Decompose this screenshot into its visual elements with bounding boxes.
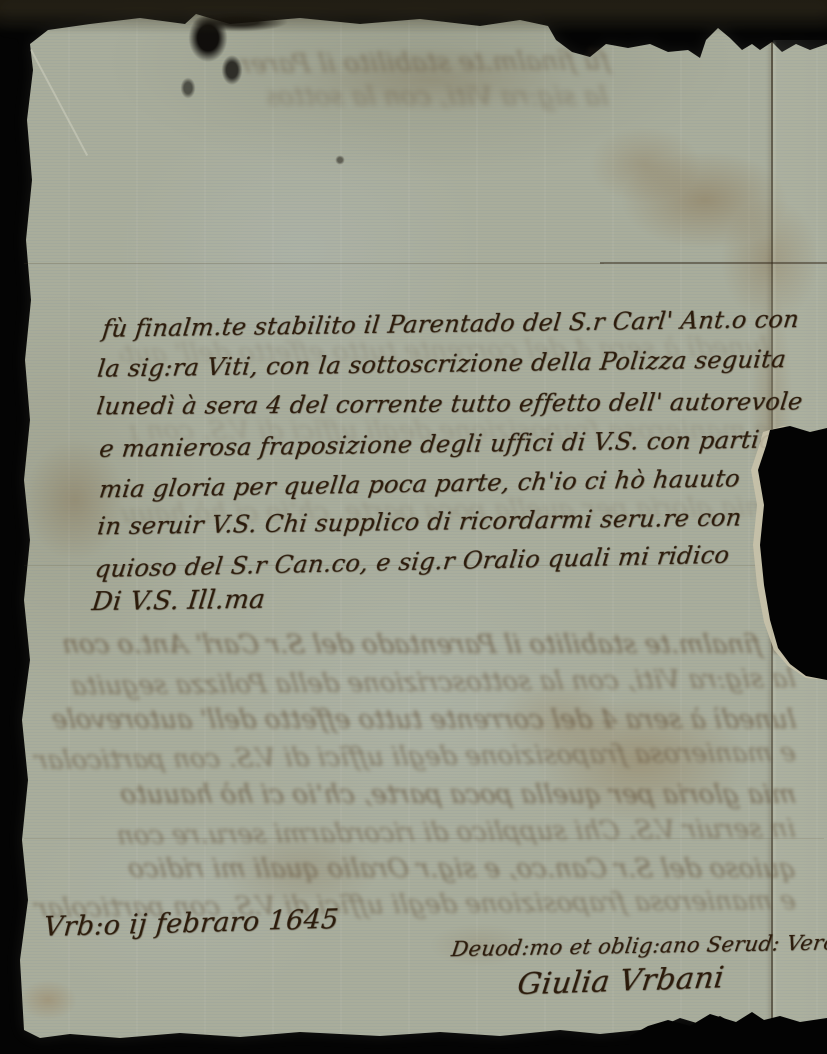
bleed-through-line: la sig:ra Viti, con la sottoscrizione de… <box>266 82 610 112</box>
bleed-through-line: mia gloria per quella poca parte, ch'io … <box>28 780 798 810</box>
manuscript-scan: fù finalm.te stabilito il Parentado del … <box>0 0 827 1054</box>
body-line-3: lunedì à sera 4 del corrente tutto effet… <box>95 388 804 421</box>
bleed-through-line: fù finalm.te stabilito il Parentado del … <box>238 46 612 80</box>
body-line-8: Di V.S. Ill.ma <box>90 585 266 617</box>
signature-line: Giulia Vrbani <box>515 960 726 1002</box>
bleed-through-line: fù finalm.te stabilito il Parentado del … <box>28 630 798 660</box>
bleed-through-line: lunedì à sera 4 del corrente tutto effet… <box>28 705 798 735</box>
bleed-through-line: quioso del S.r Can.co, e sig.r Oralio qu… <box>28 854 798 884</box>
